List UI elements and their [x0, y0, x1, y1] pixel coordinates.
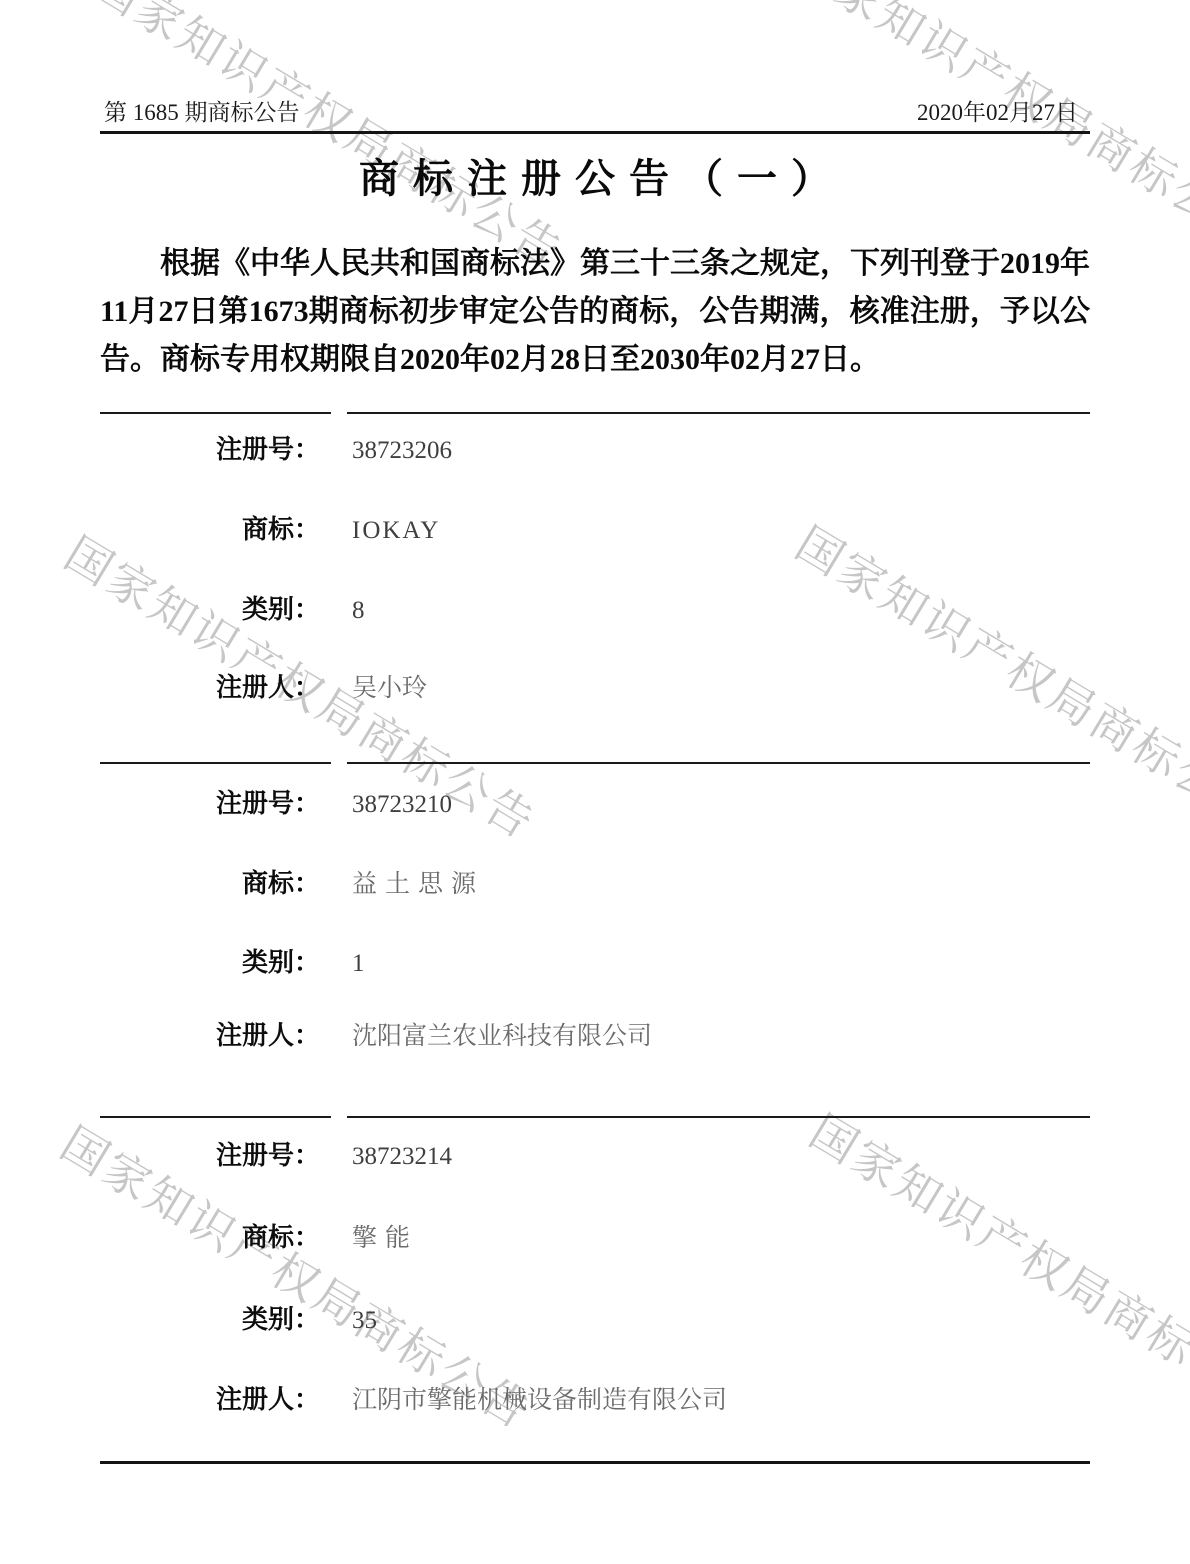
- trademark-label: 商标：: [100, 1217, 320, 1254]
- document-content: 第 1685 期商标公告 2020年02月27日 商标注册公告（一） 根据《中华…: [0, 0, 1190, 1564]
- registrant-value: 江阴市擎能机械设备制造有限公司: [352, 1380, 727, 1416]
- registrant-label: 注册人：: [100, 1015, 320, 1052]
- trademark-label: 商标：: [100, 863, 320, 900]
- registrant-label: 注册人：: [100, 667, 320, 704]
- record-row-trademark: 商标： 益土思源: [100, 863, 1090, 900]
- reg-no-value: 38723214: [352, 1143, 452, 1171]
- registrant-value: 沈阳富兰农业科技有限公司: [352, 1016, 652, 1052]
- class-value: 35: [352, 1307, 377, 1335]
- reg-no-value: 38723210: [352, 791, 452, 819]
- intro-paragraph: 根据《中华人民共和国商标法》第三十三条之规定，下列刊登于2019年11月27日第…: [100, 240, 1090, 384]
- record-row-registrant: 注册人： 江阴市擎能机械设备制造有限公司: [100, 1379, 1090, 1416]
- record-row-trademark: 商标： IOKAY: [100, 509, 1090, 546]
- trademark-value: IOKAY: [352, 517, 440, 545]
- class-label: 类别：: [100, 1299, 320, 1336]
- publish-date: 2020年02月27日: [917, 99, 1078, 126]
- registrant-value: 吴小玲: [352, 668, 427, 704]
- reg-no-label: 注册号：: [100, 429, 320, 466]
- class-value: 8: [352, 597, 365, 625]
- record-divider: [100, 762, 331, 764]
- record-row-reg-no: 注册号： 38723210: [100, 783, 1090, 820]
- issue-number: 第 1685 期商标公告: [104, 99, 300, 126]
- gazette-page: 国家知识产权局商标公告 国家知识产权局商标公告 国家知识产权局商标公告 国家知识…: [0, 0, 1190, 1564]
- bottom-rule: [100, 1461, 1090, 1464]
- reg-no-value: 38723206: [352, 437, 452, 465]
- record-row-reg-no: 注册号： 38723206: [100, 429, 1090, 466]
- record-row-class: 类别： 1: [100, 942, 1090, 979]
- class-label: 类别：: [100, 589, 320, 626]
- reg-no-label: 注册号：: [100, 783, 320, 820]
- record-row-class: 类别： 35: [100, 1299, 1090, 1336]
- record-divider: [100, 1116, 331, 1118]
- record-divider: [347, 1116, 1090, 1118]
- class-value: 1: [352, 950, 365, 978]
- record-divider: [100, 412, 331, 414]
- header-rule: [100, 131, 1090, 134]
- record-divider: [347, 762, 1090, 764]
- registrant-label: 注册人：: [100, 1379, 320, 1416]
- class-label: 类别：: [100, 942, 320, 979]
- record-row-class: 类别： 8: [100, 589, 1090, 626]
- page-title: 商标注册公告（一）: [0, 147, 1190, 204]
- record-row-registrant: 注册人： 吴小玲: [100, 667, 1090, 704]
- record-row-registrant: 注册人： 沈阳富兰农业科技有限公司: [100, 1015, 1090, 1052]
- record-row-reg-no: 注册号： 38723214: [100, 1135, 1090, 1172]
- reg-no-label: 注册号：: [100, 1135, 320, 1172]
- trademark-value: 擎能: [352, 1218, 418, 1254]
- record-divider: [347, 412, 1090, 414]
- trademark-value: 益土思源: [352, 864, 484, 900]
- trademark-label: 商标：: [100, 509, 320, 546]
- record-row-trademark: 商标： 擎能: [100, 1217, 1090, 1254]
